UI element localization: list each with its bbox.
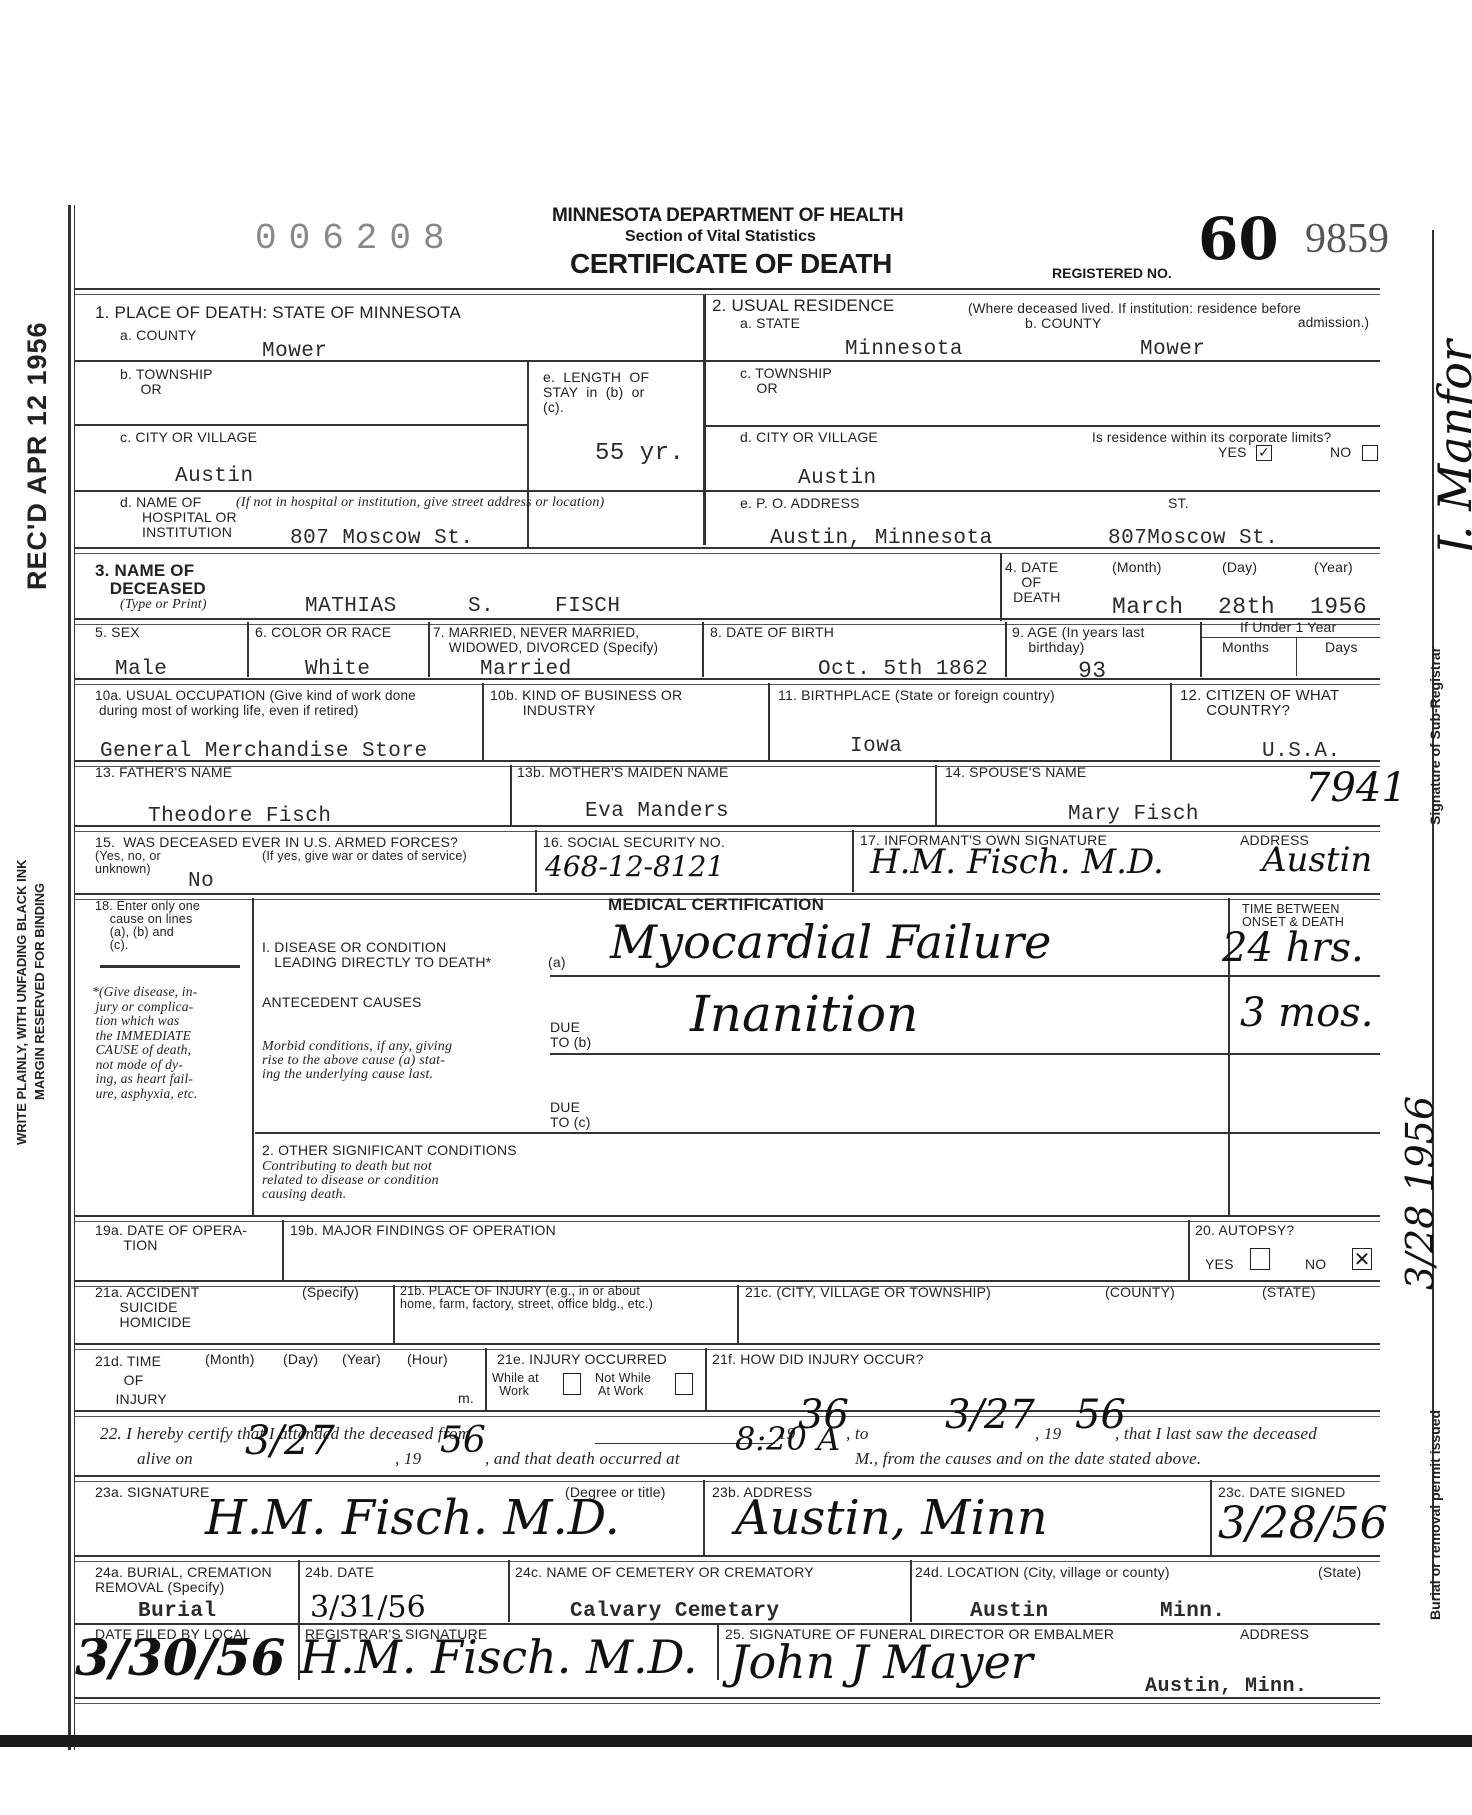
- rule: [75, 547, 1380, 554]
- bottom-border: [0, 1735, 1472, 1747]
- funeral-director-address-label: ADDRESS: [1240, 1627, 1309, 1642]
- alive-year: 56: [440, 1420, 486, 1461]
- age-label: 9. AGE (In years last birthday): [1012, 625, 1145, 655]
- divider: [910, 1560, 912, 1622]
- city-label: c. CITY OR VILLAGE: [120, 430, 257, 445]
- county-label: a. COUNTY: [120, 328, 196, 343]
- morbid-label: Morbid conditions, if any, giving rise t…: [262, 1040, 452, 1082]
- month-label: (Month): [1112, 560, 1162, 575]
- burial-type-label: 24a. BURIAL, CREMATION REMOVAL (Specify): [95, 1565, 272, 1595]
- deceased-middle-name: S.: [468, 595, 494, 618]
- to-year-prefix: , 19: [1035, 1427, 1061, 1441]
- name-label: 3. NAME OF DECEASED: [95, 562, 206, 598]
- injury-state-label: (STATE): [1262, 1285, 1316, 1300]
- medical-instructions-2: *(Give disease, in- jury or complica- ti…: [92, 985, 197, 1101]
- how-injury-label: 21f. HOW DID INJURY OCCUR?: [712, 1352, 924, 1367]
- page-title: CERTIFICATE OF DEATH: [570, 248, 892, 280]
- limits-no-label: NO: [1330, 445, 1351, 460]
- divider: [1005, 622, 1007, 677]
- permit-date: 3/28 1956: [1398, 1096, 1442, 1290]
- margin-note: 7941: [1305, 765, 1407, 811]
- divider: [508, 1560, 510, 1622]
- township-label: b. TOWNSHIP OR: [120, 367, 213, 397]
- deceased-last-name: FISCH: [555, 595, 621, 618]
- spouse-label: 14. SPOUSE'S NAME: [945, 765, 1086, 780]
- autopsy-yes-checkbox[interactable]: [1250, 1248, 1270, 1270]
- operation-date-label: 19a. DATE OF OPERA- TION: [95, 1223, 247, 1253]
- death-city: Austin: [175, 465, 254, 488]
- serial-number: 006208: [255, 218, 457, 259]
- to-date: 3/27: [945, 1392, 1035, 1438]
- ssn-value: 468-12-8121: [545, 850, 724, 883]
- funeral-director-address: Austin, Minn.: [1145, 1675, 1308, 1698]
- length-of-stay-label: e. LENGTH OF STAY in (b) or (c).: [543, 370, 649, 415]
- binding-note-1: WRITE PLAINLY, WITH UNFADING BLACK INK: [14, 859, 29, 1145]
- header-rule: [75, 288, 1380, 295]
- rule: [705, 360, 1380, 362]
- rule: [705, 490, 1380, 492]
- rule: [255, 1132, 1380, 1134]
- armed-forces-hint-2: (If yes, give war or dates of service): [262, 850, 467, 863]
- injury-month-label: (Month): [205, 1352, 255, 1367]
- father-label: 13. FATHER'S NAME: [95, 765, 232, 780]
- residence-note-2: admission.): [1298, 315, 1369, 330]
- burial-state: Minn.: [1160, 1600, 1226, 1623]
- divider: [935, 765, 937, 825]
- residence-county-label: b. COUNTY: [1025, 316, 1101, 331]
- divider: [1170, 683, 1172, 761]
- citizen-label: 12. CITIZEN OF WHAT COUNTRY?: [1180, 688, 1339, 718]
- left-binding-rule: [68, 205, 71, 1750]
- divider: [535, 830, 537, 892]
- divider: [393, 1285, 395, 1345]
- cause-label: I. DISEASE OR CONDITION LEADING DIRECTLY…: [262, 940, 491, 970]
- medical-title: MEDICAL CERTIFICATION: [608, 897, 824, 912]
- residence-state-label: a. STATE: [740, 316, 800, 331]
- corporate-limits-question: Is residence within its corporate limits…: [1092, 430, 1331, 445]
- marital-label: 7. MARRIED, NEVER MARRIED, WIDOWED, DIVO…: [433, 625, 658, 655]
- time-b: 3 mos.: [1240, 990, 1373, 1036]
- injury-hour-label: (Hour): [407, 1352, 448, 1367]
- section-name: Section of Vital Statistics: [625, 228, 816, 246]
- permit-label: Burial or removal permit issued: [1427, 1410, 1443, 1620]
- due-to-c: DUE TO (c): [550, 1100, 591, 1130]
- death-time: 8:20 A: [735, 1420, 840, 1458]
- rule: [75, 1215, 1380, 1222]
- hospital-note: (If not in hospital or institution, give…: [236, 496, 604, 510]
- injury-city-label: 21c. (CITY, VILLAGE OR TOWNSHIP): [745, 1285, 991, 1300]
- to-label: , to: [846, 1427, 869, 1441]
- residence-state: Minnesota: [845, 338, 963, 361]
- injury-occurred-label: 21e. INJURY OCCURRED: [497, 1352, 667, 1367]
- dob-label: 8. DATE OF BIRTH: [710, 625, 834, 640]
- divider: [717, 1625, 719, 1680]
- received-stamp: REC'D APR 12 1956: [22, 321, 53, 590]
- other-conditions-hint: Contributing to death but not related to…: [262, 1160, 439, 1202]
- divider: [252, 898, 254, 1216]
- autopsy-label: 20. AUTOPSY?: [1195, 1223, 1294, 1238]
- time-a: 24 hrs.: [1222, 925, 1364, 971]
- divider: [1210, 1480, 1212, 1555]
- burial-location: Austin: [970, 1600, 1049, 1623]
- burial-type: Burial: [138, 1600, 217, 1623]
- injury-time-label: 21d. TIME OF INJURY: [95, 1352, 167, 1409]
- divider: [703, 1480, 705, 1555]
- mother-name: Eva Manders: [585, 800, 729, 823]
- business-label: 10b. KIND OF BUSINESS OR INDUSTRY: [490, 688, 682, 718]
- informant-signature: H.M. Fisch. M.D.: [870, 842, 1164, 882]
- not-while-at-work-checkbox[interactable]: [675, 1373, 693, 1395]
- death-year: 1956: [1310, 594, 1367, 620]
- col-divider-1-2: [703, 295, 706, 545]
- residence-county: Mower: [1140, 338, 1206, 361]
- divider: [485, 1348, 487, 1410]
- burial-state-label: (State): [1318, 1565, 1361, 1580]
- armed-forces-label: 15. WAS DECEASED EVER IN U.S. ARMED FORC…: [95, 835, 458, 850]
- divider: [737, 1285, 739, 1345]
- rule: [1202, 637, 1380, 638]
- binding-note-2: MARGIN RESERVED FOR BINDING: [32, 883, 47, 1100]
- medical-instructions: 18. Enter only one cause on lines (a), (…: [95, 900, 200, 952]
- registered-number: 9859: [1305, 215, 1389, 263]
- place-of-death-label: 1. PLACE OF DEATH: STATE OF MINNESOTA: [95, 305, 461, 320]
- divider: [482, 683, 484, 761]
- rule: [550, 1053, 1380, 1055]
- location-label: 24d. LOCATION (City, village or county): [915, 1565, 1170, 1580]
- divider: [1000, 553, 1002, 621]
- date-signed: 3/28/56: [1218, 1498, 1388, 1549]
- divider: [768, 683, 770, 761]
- signature-label: 23a. SIGNATURE: [95, 1485, 210, 1500]
- rule: [705, 425, 1380, 427]
- autopsy-no-checkbox[interactable]: ✕: [1352, 1248, 1372, 1270]
- alive-date: 3/27: [245, 1418, 335, 1464]
- rule: [75, 424, 527, 426]
- divider: [1188, 1220, 1190, 1280]
- while-at-work-checkbox[interactable]: [563, 1373, 581, 1395]
- sex-label: 5. SEX: [95, 625, 140, 640]
- injury-type-label: 21a. ACCIDENT SUICIDE HOMICIDE: [95, 1285, 200, 1330]
- usual-residence-label: 2. USUAL RESIDENCE: [712, 298, 894, 313]
- months-label: Months: [1222, 640, 1269, 655]
- registrar-signature: H.M. Fisch. M.D.: [300, 1630, 698, 1684]
- cemetery-label: 24c. NAME OF CEMETERY OR CREMATORY: [515, 1565, 814, 1580]
- residence-note: (Where deceased lived. If institution: r…: [968, 301, 1301, 316]
- physician-signature: H.M. Fisch. M.D.: [205, 1490, 620, 1546]
- po-address-label: e. P. O. ADDRESS: [740, 496, 860, 511]
- occupation-label: 10a. USUAL OCCUPATION (Give kind of work…: [95, 688, 416, 718]
- rule: [75, 1343, 1380, 1350]
- rule: [550, 975, 1380, 977]
- length-of-stay: 55 yr.: [595, 440, 684, 467]
- limits-yes-checkbox[interactable]: ✓: [1256, 445, 1272, 461]
- rule: [75, 360, 703, 362]
- rule: [75, 1280, 1380, 1287]
- operation-findings-label: 19b. MAJOR FINDINGS OF OPERATION: [290, 1223, 556, 1238]
- cause-a: Myocardial Failure: [610, 915, 1051, 969]
- spouse-name: Mary Fisch: [1068, 803, 1199, 826]
- residence-city: Austin: [798, 467, 877, 490]
- residence-township-label: c. TOWNSHIP OR: [740, 366, 832, 396]
- sub-registrar-signature: J. Manfor: [1428, 340, 1472, 555]
- sub-registrar-label: Signature of Sub-Registrar: [1427, 647, 1443, 825]
- deceased-first-name: MATHIAS: [305, 595, 397, 618]
- birthplace-label: 11. BIRTHPLACE (State or foreign country…: [778, 688, 1055, 703]
- rule: [75, 1555, 1380, 1562]
- autopsy-yes-label: YES: [1205, 1257, 1234, 1272]
- hospital-label-2: HOSPITAL OR INSTITUTION: [142, 510, 237, 540]
- due-to-b: DUE TO (b): [550, 1020, 591, 1050]
- divider: [702, 622, 704, 677]
- burial-date-label: 24b. DATE: [305, 1565, 374, 1580]
- divider: [1296, 638, 1297, 676]
- days-label: Days: [1325, 640, 1358, 655]
- cemetery-name: Calvary Cemetary: [570, 1600, 780, 1623]
- race-label: 6. COLOR OR RACE: [255, 625, 391, 640]
- rule: [75, 1410, 1380, 1417]
- death-day: 28th: [1218, 594, 1275, 620]
- left-binding-rule-2: [74, 205, 75, 1750]
- registered-label: REGISTERED NO.: [1052, 265, 1172, 281]
- cert-line-2b: , and that death occurred at: [485, 1452, 680, 1466]
- divider: [428, 622, 430, 677]
- divider: [282, 1220, 284, 1280]
- autopsy-no-label: NO: [1305, 1257, 1326, 1272]
- cert-line-2c: M., from the causes and on the date stat…: [855, 1452, 1201, 1466]
- injury-day-label: (Day): [283, 1352, 318, 1367]
- department-name: MINNESOTA DEPARTMENT OF HEALTH: [552, 205, 903, 227]
- residence-city-label: d. CITY OR VILLAGE: [740, 430, 878, 445]
- divider: [527, 362, 529, 547]
- not-while-at-work-label: Not While At Work: [595, 1372, 651, 1398]
- injury-place-label: 21b. PLACE OF INJURY (e.g., in or about …: [400, 1285, 653, 1311]
- rule: [75, 678, 1380, 685]
- date-filed: 3/30/56: [75, 1628, 285, 1687]
- registered-district: 60: [1198, 205, 1279, 273]
- year-label: (Year): [1314, 560, 1353, 575]
- divider: [705, 1348, 707, 1410]
- street-label: ST.: [1168, 496, 1189, 511]
- limits-no-checkbox[interactable]: [1362, 445, 1378, 461]
- physician-address: Austin, Minn: [735, 1490, 1048, 1546]
- cause-b: Inanition: [690, 985, 918, 1043]
- cert-line-2a: alive on: [137, 1452, 193, 1466]
- divider: [1200, 622, 1202, 677]
- deceased-birthplace: Iowa: [850, 735, 902, 758]
- armed-forces-hint: (Yes, no, or unknown): [95, 850, 161, 876]
- day-label: (Day): [1222, 560, 1257, 575]
- alive-year-prefix: , 19: [395, 1452, 421, 1466]
- divider: [510, 765, 512, 825]
- limits-yes-label: YES: [1218, 445, 1247, 460]
- rule: [75, 825, 1380, 832]
- rule: [75, 1475, 1380, 1482]
- date-of-death-label: 4. DATE OF DEATH: [1005, 560, 1061, 605]
- informant-address: Austin: [1262, 840, 1372, 880]
- other-conditions-label: 2. OTHER SIGNIFICANT CONDITIONS: [262, 1143, 517, 1158]
- antecedent-label: ANTECEDENT CAUSES: [262, 995, 422, 1010]
- hospital-label: d. NAME OF: [120, 495, 201, 510]
- death-month: March: [1112, 594, 1184, 620]
- rule: [75, 1697, 1380, 1704]
- rule: [100, 965, 240, 968]
- a-marker: (a): [548, 955, 566, 970]
- funeral-director-signature: John J Mayer: [730, 1635, 1033, 1689]
- injury-county-label: (COUNTY): [1105, 1285, 1175, 1300]
- name-hint: (Type or Print): [120, 598, 207, 612]
- mother-label: 13b. MOTHER'S MAIDEN NAME: [517, 765, 729, 780]
- armed-forces: No: [188, 870, 214, 893]
- divider: [852, 830, 854, 892]
- under-year-label: If Under 1 Year: [1240, 620, 1336, 635]
- while-at-work-label: While at Work: [492, 1372, 539, 1398]
- rule: [75, 1623, 1380, 1625]
- rule: [75, 490, 703, 492]
- cert-line-1b: , that I last saw the deceased: [1115, 1427, 1317, 1441]
- burial-date: 3/31/56: [310, 1590, 426, 1625]
- injury-specify-label: (Specify): [302, 1285, 359, 1300]
- ssn-label: 16. SOCIAL SECURITY NO.: [543, 835, 725, 850]
- injury-m-label: m.: [458, 1391, 474, 1406]
- injury-year-label: (Year): [342, 1352, 381, 1367]
- divider: [247, 622, 249, 677]
